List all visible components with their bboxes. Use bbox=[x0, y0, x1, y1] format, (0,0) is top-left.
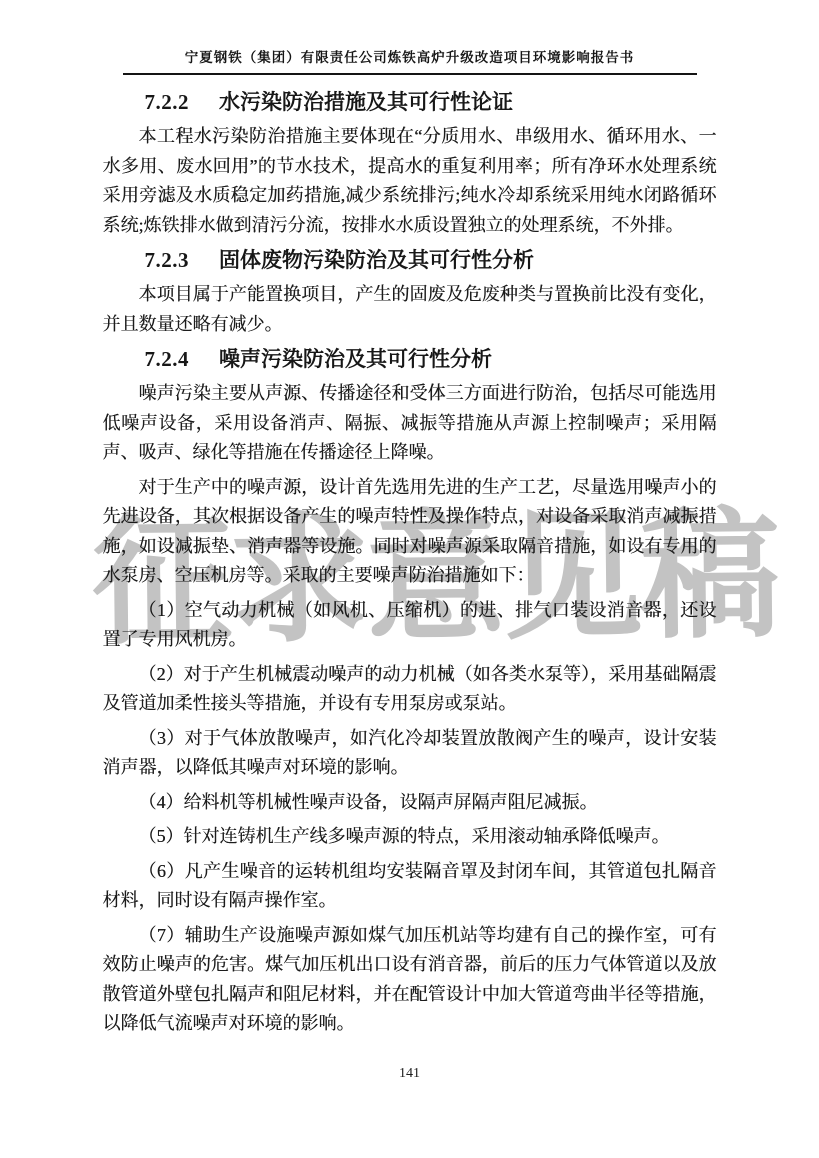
paragraph-noise-item-3: （3）对于气体放散噪声，如汽化冷却装置放散阀产生的噪声，设计安装消声器，以降低其… bbox=[103, 724, 717, 783]
paragraph-noise-design: 对于生产中的噪声源，设计首先选用先进的生产工艺，尽量选用噪声小的先进设备，其次根… bbox=[103, 473, 717, 591]
page-number: 141 bbox=[399, 1066, 420, 1081]
section-title: 固体废物污染防治及其可行性分析 bbox=[219, 248, 534, 272]
section-title: 噪声污染防治及其可行性分析 bbox=[219, 347, 492, 371]
document-page: 征求意见稿 宁夏钢铁（集团）有限责任公司炼铁高炉升级改造项目环境影响报告书 7.… bbox=[0, 0, 819, 1158]
page-content: 7.2.2水污染防治措施及其可行性论证 本工程水污染防治措施主要体现在“分质用水… bbox=[103, 88, 717, 1039]
paragraph-noise-overview: 噪声污染主要从声源、传播途径和受体三方面进行防治，包括尽可能选用低噪声设备，采用… bbox=[103, 379, 717, 468]
header-rule-divider bbox=[123, 73, 697, 75]
paragraph-noise-item-1: （1）空气动力机械（如风机、压缩机）的进、排气口装设消音器，还设置了专用风机房。 bbox=[103, 596, 717, 655]
page-header: 宁夏钢铁（集团）有限责任公司炼铁高炉升级改造项目环境影响报告书 bbox=[0, 0, 819, 75]
section-number: 7.2.4 bbox=[145, 345, 190, 373]
page-footer: 141 bbox=[0, 1066, 819, 1082]
section-title: 水污染防治措施及其可行性论证 bbox=[219, 90, 513, 114]
paragraph-solid-waste: 本项目属于产能置换项目，产生的固废及危废种类与置换前比没有变化，并且数量还略有减… bbox=[103, 280, 717, 339]
paragraph-noise-item-5: （5）针对连铸机生产线多噪声源的特点，采用滚动轴承降低噪声。 bbox=[103, 822, 717, 852]
paragraph-noise-item-4: （4）给料机等机械性噪声设备，设隔声屏隔声阻尼减振。 bbox=[103, 788, 717, 818]
section-heading-7-2-2: 7.2.2水污染防治措施及其可行性论证 bbox=[103, 88, 717, 116]
section-heading-7-2-3: 7.2.3固体废物污染防治及其可行性分析 bbox=[103, 246, 717, 274]
report-title: 宁夏钢铁（集团）有限责任公司炼铁高炉升级改造项目环境影响报告书 bbox=[0, 48, 819, 68]
section-number: 7.2.3 bbox=[145, 246, 190, 274]
paragraph-noise-item-7: （7）辅助生产设施噪声源如煤气加压机站等均建有自己的操作室，可有效防止噪声的危害… bbox=[103, 921, 717, 1039]
paragraph-noise-item-6: （6）凡产生噪音的运转机组均安装隔音罩及封闭车间，其管道包扎隔音材料，同时设有隔… bbox=[103, 857, 717, 916]
section-heading-7-2-4: 7.2.4噪声污染防治及其可行性分析 bbox=[103, 345, 717, 373]
paragraph-water-measures: 本工程水污染防治措施主要体现在“分质用水、串级用水、循环用水、一水多用、废水回用… bbox=[103, 122, 717, 240]
section-number: 7.2.2 bbox=[145, 88, 190, 116]
paragraph-noise-item-2: （2）对于产生机械震动噪声的动力机械（如各类水泵等），采用基础隔震及管道加柔性接… bbox=[103, 660, 717, 719]
